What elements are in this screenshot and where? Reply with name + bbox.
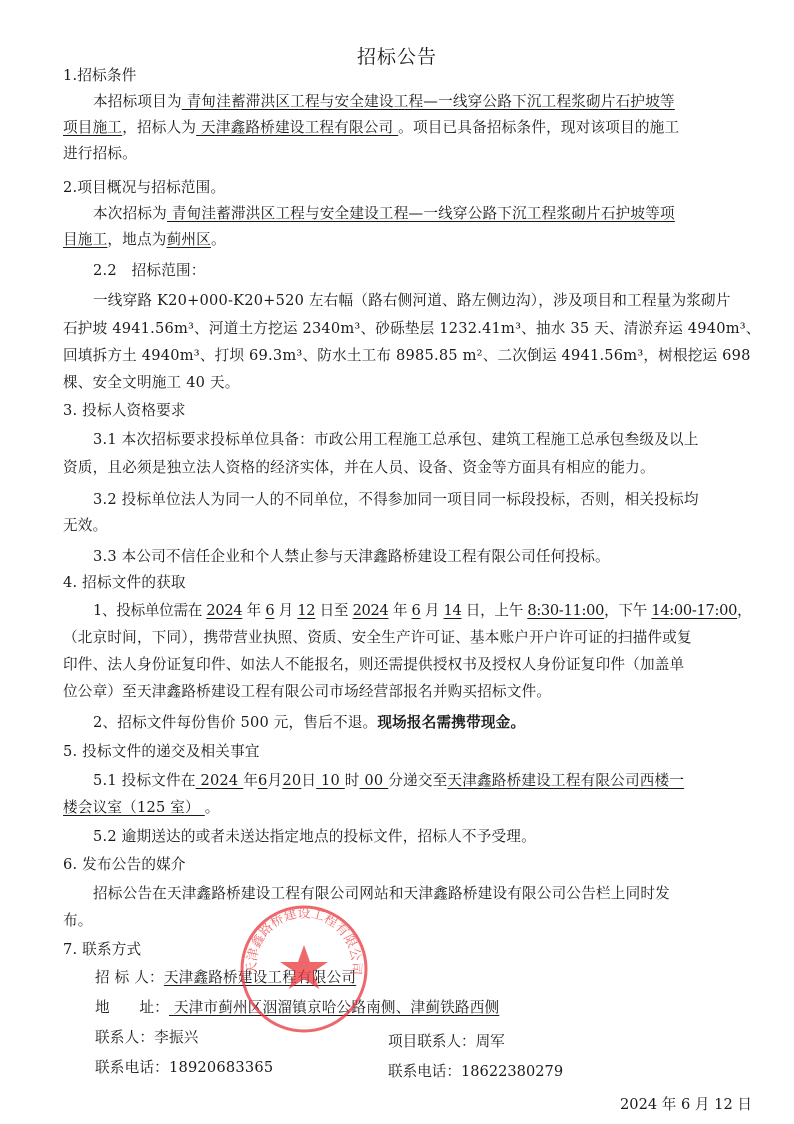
section-2-para-line: 目施工，地点为蓟州区。 bbox=[63, 227, 226, 253]
contact-phone-2: 联系电话：18622380279 bbox=[388, 1060, 563, 1081]
section-3-3-line: 3.3 本公司不信任企业和个人禁止参与天津鑫路桥建设工程有限公司任何投标。 bbox=[63, 544, 610, 570]
location: 蓟州区 bbox=[167, 231, 211, 248]
scope-line: 棵、安全文明施工 40 天。 bbox=[63, 370, 240, 396]
section-5-heading: 5. 投标文件的递交及相关事宜 bbox=[63, 739, 260, 765]
section-6-heading: 6. 发布公告的媒介 bbox=[63, 852, 186, 878]
section-4-1-line: （北京时间，下同），携带营业执照、资质、安全生产许可证、基本账户开户许可证的扫描… bbox=[63, 625, 692, 651]
section-1-para-line: 进行招标。 bbox=[63, 141, 137, 167]
section-1-para-line: 本招标项目为 青甸洼蓄滞洪区工程与安全建设工程—一线穿公路下沉工程浆砌片石护坡等 bbox=[63, 89, 675, 115]
section-5-1-line: 5.1 投标文件在 2024 年6月20日 10 时 00 分递交至天津鑫路桥建… bbox=[63, 768, 684, 794]
section-3-1-line: 资质，且必须是独立法人资格的经济实体，并在人员、设备、资金等方面具有相应的能力。 bbox=[63, 455, 655, 481]
submission-place: 天津鑫路桥建设工程有限公司西楼一 bbox=[447, 772, 684, 789]
cash-notice: 现场报名需携带现金。 bbox=[377, 714, 525, 731]
section-2-para-line: 本次招标为 青甸洼蓄滞洪区工程与安全建设工程—一线穿公路下沉工程浆砌片石护坡等项 bbox=[63, 201, 675, 227]
section-3-2-line: 3.2 投标单位法人为同一人的不同单位，不得参加同一项目同一标段投标，否则，相关… bbox=[63, 487, 699, 513]
section-3-heading: 3. 投标人资格要求 bbox=[63, 398, 186, 424]
project-name: 青甸洼蓄滞洪区工程与安全建设工程—一线穿公路下沉工程浆砌片石护坡等 bbox=[182, 93, 675, 110]
section-3-1-line: 3.1 本次招标要求投标单位具备：市政公用工程施工总承包、建筑工程施工总承包叁级… bbox=[63, 427, 699, 453]
scope-line: 一线穿路 K20+000-K20+520 左右幅（路右侧河道、路左侧边沟），涉及… bbox=[63, 288, 731, 314]
section-7-heading: 7. 联系方式 bbox=[63, 937, 141, 963]
contact-person: 联系人：李振兴 bbox=[95, 1025, 199, 1051]
contact-phone-1: 联系电话：18920683365 bbox=[95, 1055, 273, 1081]
section-4-heading: 4. 招标文件的获取 bbox=[63, 570, 186, 596]
address-row: 地 址： 天津市蓟州区洇溜镇京哈公路南侧、津蓟铁路西侧 bbox=[95, 995, 499, 1021]
section-2-2-heading: 2.2 招标范围： bbox=[63, 258, 206, 284]
section-4-1-line: 印件、法人身份证复印件、如法人不能报名，则还需提供授权书及授权人身份证复印件（加… bbox=[63, 652, 684, 678]
project-contact-person: 项目联系人：周军 bbox=[388, 1030, 505, 1051]
section-4-2-line: 2、招标文件每份售价 500 元，售后不退。现场报名需携带现金。 bbox=[63, 710, 525, 736]
section-1-para-line: 项目施工，招标人为 天津鑫路桥建设工程有限公司 。项目已具备招标条件，现对该项目… bbox=[63, 115, 679, 141]
section-5-1-line: 楼会议室（125 室） 。 bbox=[63, 795, 220, 821]
scope-line: 回填拆方土 4940m³、打坝 69.3m³、防水土工布 8985.85 m²、… bbox=[63, 343, 751, 369]
scope-line: 石护坡 4941.56m³、河道土方挖运 2340m³、砂砾垫层 1232.41… bbox=[63, 316, 761, 342]
section-4-1-line: 位公章）至天津鑫路桥建设工程有限公司市场经营部报名并购买招标文件。 bbox=[63, 679, 551, 705]
section-4-1-line: 1、投标单位需在 2024 年 6 月 12 日至 2024 年 6 月 14 … bbox=[63, 598, 751, 624]
section-6-line: 招标公告在天津鑫路桥建设工程有限公司网站和天津鑫路桥建设有限公司公告栏上同时发 bbox=[63, 881, 670, 907]
section-5-2-line: 5.2 逾期送达的或者未送达指定地点的投标文件，招标人不予受理。 bbox=[63, 824, 536, 850]
tenderer-row: 招 标 人： 天津鑫路桥建设工程有限公司 bbox=[95, 965, 379, 991]
tenderer-name: 天津鑫路桥建设工程有限公司 bbox=[196, 119, 398, 136]
section-2-heading: 2.项目概况与招标范围。 bbox=[63, 175, 225, 201]
section-1-heading: 1.招标条件 bbox=[63, 63, 137, 89]
notice-date: 2024 年 6 月 12 日 bbox=[620, 1093, 752, 1114]
section-3-2-line: 无效。 bbox=[63, 513, 107, 539]
section-6-line: 布。 bbox=[63, 908, 93, 934]
